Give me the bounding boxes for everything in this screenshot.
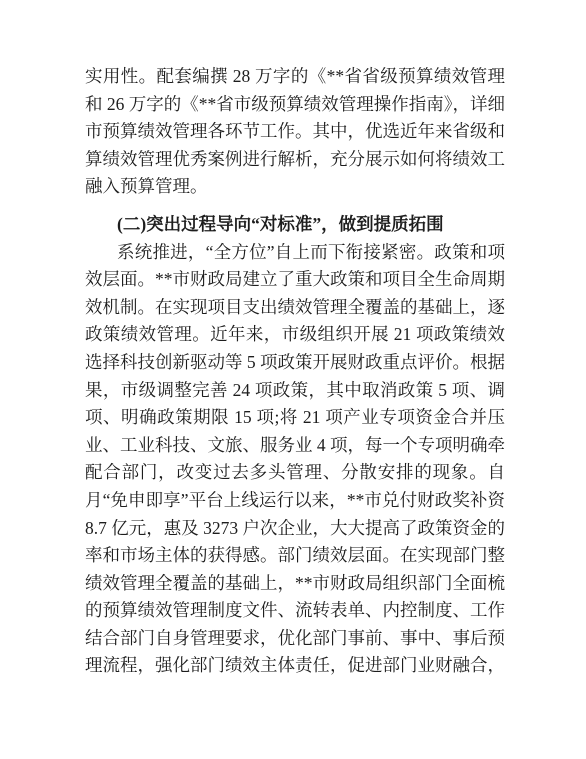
body-text-line: 配合部门，改变过去多头管理、分散安排的现象。自 2023 年 3 xyxy=(85,459,505,487)
body-text-line: 结合部门自身管理要求，优化部门事前、事中、事后预算绩效管 xyxy=(85,625,505,653)
body-text-line: 效机制。在实现项目支出绩效管理全覆盖的基础上，逐步推进 xyxy=(85,294,505,322)
document-text-block: 实用性。配套编撰 28 万字的《**省省级预算绩效管理操作指南》 和 26 万字… xyxy=(85,63,505,680)
body-text-line: 的预算绩效管理制度文件、流转表单、内控制度、工作成果等， xyxy=(85,597,505,625)
body-text-line: 效层面。**市财政局建立了重大政策和项目全生命周期跟踪问 xyxy=(85,266,505,294)
body-text-line: 市预算绩效管理各环节工作。其中，优选近年来省级和各市预 xyxy=(85,118,505,146)
body-text-line: 选择科技创新驱动等 5 项政策开展财政重点评价。根据评价结 xyxy=(85,349,505,377)
body-text-line: 系统推进，“全方位”自上而下衔接紧密。政策和项目绩 xyxy=(85,239,505,267)
section-heading: (二)突出过程导向“对标准”，做到提质拓围 xyxy=(85,211,505,239)
body-text-line: 果，市级调整完善 24 项政策，其中取消政策 5 项、调整政策 4 xyxy=(85,377,505,405)
body-text-line: 率和市场主体的获得感。部门绩效层面。在实现部门整体支出 xyxy=(85,542,505,570)
body-text-line: 政策绩效管理。近年来，市级组织开展 21 项政策绩效自评，并 xyxy=(85,321,505,349)
body-text-line: 月“免申即享”平台上线运行以来，**市兑付财政奖补资金 xyxy=(85,487,505,515)
body-text-line: 和 26 万字的《**省市级预算绩效管理操作指南》，详细阐述省、 xyxy=(85,91,505,119)
body-text-line: 实用性。配套编撰 28 万字的《**省省级预算绩效管理操作指南》 xyxy=(85,63,505,91)
body-text-line: 项、明确政策期限 15 项;将 21 项产业专项资金合并压减为农 xyxy=(85,404,505,432)
body-text-line: 融入预算管理。 xyxy=(85,173,505,201)
body-text-line: 理流程，强化部门绩效主体责任，促进部门业财融合，激发部门 xyxy=(85,652,505,680)
document-page: 实用性。配套编撰 28 万字的《**省省级预算绩效管理操作指南》 和 26 万字… xyxy=(0,0,586,759)
body-text-line: 算绩效管理优秀案例进行解析，充分展示如何将绩效工具深度 xyxy=(85,146,505,174)
body-text-line: 业、工业科技、文旅、服务业 4 项，每一个专项明确牵头部门、 xyxy=(85,432,505,460)
body-text-line: 8.7 亿元，惠及 3273 户次企业，大大提高了政策资金的供给效 xyxy=(85,515,505,543)
body-text-line: 绩效管理全覆盖的基础上，**市财政局组织部门全面梳理现有 xyxy=(85,570,505,598)
